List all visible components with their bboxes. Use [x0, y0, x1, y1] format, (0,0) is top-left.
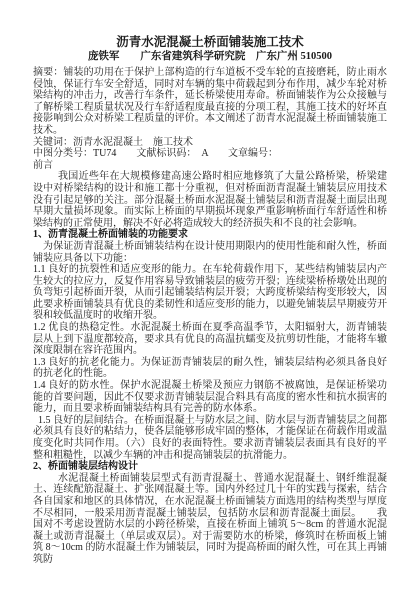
page-title: 沥青水泥混凝土桥面铺装施工技术 [33, 34, 387, 50]
preface-heading: 前言 [33, 160, 387, 172]
document-page: 沥青水泥混凝土桥面铺装施工技术 庞铁军 广东省建筑科学研究院 广东广州 5105… [0, 0, 417, 590]
section-1-item-2: 1.2 优良的热稳定性。水泥混凝土桥面在夏季高温季节，太阳辐射大，沥青铺装层从上… [33, 322, 387, 357]
section-2-heading: 2、桥面铺装层结构设计 [33, 461, 387, 473]
document-body: 沥青水泥混凝土桥面铺装施工技术 庞铁军 广东省建筑科学研究院 广东广州 5105… [33, 34, 387, 566]
section-1-item-5: 1.5 良好的层间结合。在桥面混凝土与防水层之间、防水层与沥青铺装层之间都必须具… [33, 415, 387, 461]
section-2-paragraph: 水泥混凝土桥面铺装层型式有沥青混凝土、普通水泥混凝土、钢纤维混凝土、连续配筋混凝… [33, 473, 387, 566]
section-1-item-3: 1.3 良好的抗老化能力。为保证沥青铺装层的耐久性，铺装层结构必须具备良好的抗老… [33, 357, 387, 380]
keywords-line: 关键词：沥青水泥混凝土 施工技术 [33, 137, 387, 149]
preface-paragraph: 我国近些年在大规模修建高速公路时相应地修筑了大量公路桥梁，桥梁建设中对桥梁结构的… [33, 171, 387, 229]
section-1-item-4: 1.4 良好的防水性。保护水泥混凝土桥梁及预应力钢筋不被腐蚀，是保证桥梁功能的首… [33, 380, 387, 415]
section-1-intro: 为保证沥青混凝土桥面铺装结构在设计使用期限内的使用性能和耐久性，桥面铺装应具备以… [33, 241, 387, 264]
abstract-paragraph: 摘要：铺装的功用在于保护上部构造的行车道板不受车轮的直接磨耗，防止雨水侵蚀，保证… [33, 67, 387, 137]
section-1-item-1: 1.1 良好的抗裂性和适应变形的能力。在车轮荷载作用下，某些结构铺装层内产生较大… [33, 264, 387, 322]
section-1-heading: 1、沥青混凝土桥面铺装的功能要求 [33, 229, 387, 241]
clc-number-line: 中图分类号：TU74 文献标识码： A 文章编号： [33, 148, 387, 160]
author-line: 庞铁军 广东省建筑科学研究院 广东广州 510500 [33, 50, 387, 64]
